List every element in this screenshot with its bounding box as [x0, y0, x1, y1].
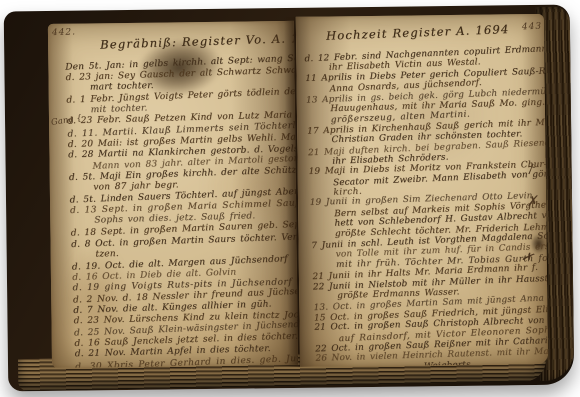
left-page-entries: Den 5t. Jan: in gelbs kirchh. alt Sept: …: [65, 55, 298, 368]
right-page-number: 443: [522, 22, 543, 33]
left-page-number: 442.: [52, 27, 76, 38]
left-page: 442. Begräbniß: Register Vo. A. 1693 Gan…: [48, 21, 298, 368]
open-book: 442. Begräbniß: Register Vo. A. 1693 Gan…: [4, 5, 575, 392]
right-page-heading: Hochzeit Register A. 1694: [326, 22, 510, 43]
photo-background: 442. Begräbniß: Register Vo. A. 1693 Gan…: [0, 0, 580, 397]
right-page-entries: d. 12 Febr. sind Nachgenannten copulirt …: [304, 45, 548, 367]
right-page: 443 Hochzeit Register A. 1694 † ✗ ✗ d. 1…: [296, 14, 548, 367]
